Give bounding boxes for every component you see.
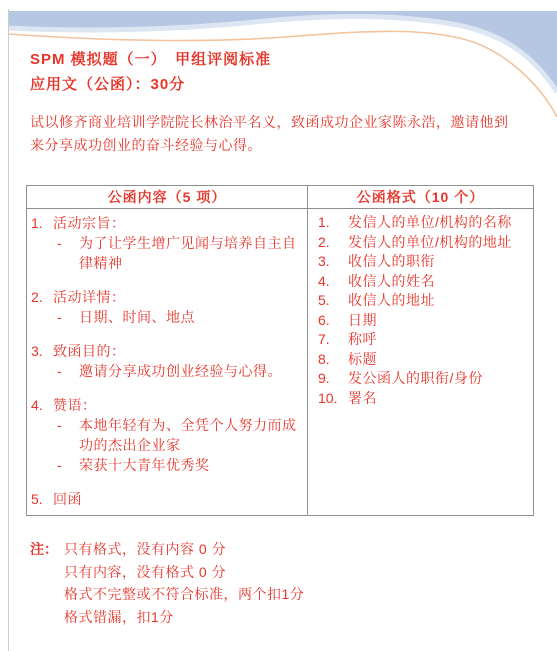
- row-number: 3.: [318, 252, 348, 272]
- row-text: 致函目的：: [53, 341, 305, 361]
- notes-lines: 只有格式，没有内容 0 分 只有内容，没有格式 0 分 格式不完整或不符合标准，…: [64, 538, 304, 628]
- row-text: 活动宗旨：: [53, 213, 305, 233]
- table-row: - 本地年轻有为、全凭个人努力而成功的杰出企业家: [57, 415, 305, 455]
- row-text: 本地年轻有为、全凭个人努力而成功的杰出企业家: [79, 415, 305, 455]
- row-text: 荣获十大青年优秀奖: [79, 455, 305, 475]
- table-row: - 荣获十大青年优秀奖: [57, 455, 305, 475]
- notes-label: 注：: [30, 538, 64, 628]
- table-row: 4. 赞语：: [31, 395, 305, 415]
- content-column: 公函内容（5 项） 1. 活动宗旨： - 为了让学生增广见闻与培养自主自律精神 …: [27, 186, 307, 515]
- task-description: 试以修齐商业培训学院院长林治平名义，致函成功企业家陈永浩，邀请他到来分享成功创业…: [30, 111, 512, 157]
- rubric-table: 公函内容（5 项） 1. 活动宗旨： - 为了让学生增广见闻与培养自主自律精神 …: [26, 185, 534, 516]
- note-line: 只有内容，没有格式 0 分: [64, 561, 304, 584]
- table-row: 6. 日期: [312, 311, 531, 331]
- row-number: 4.: [318, 272, 348, 292]
- row-number: 4.: [31, 395, 53, 415]
- row-text: 日期、时间、地点: [79, 307, 305, 327]
- table-row: 2. 发信人的单位/机构的地址: [312, 233, 531, 253]
- row-spacer: [31, 273, 305, 287]
- table-row: 9. 发公函人的职衔/身份: [312, 369, 531, 389]
- row-text: 署名: [348, 389, 531, 409]
- row-number: 7.: [318, 330, 348, 350]
- row-text: 日期: [348, 311, 531, 331]
- row-number: 1.: [318, 213, 348, 233]
- table-row: - 日期、时间、地点: [57, 307, 305, 327]
- title-block: SPM 模拟题（一） 甲组评阅标准 应用文（公函）：30分: [30, 47, 271, 97]
- table-row: 1. 活动宗旨：: [31, 213, 305, 233]
- document-page: SPM 模拟题（一） 甲组评阅标准 应用文（公函）：30分 试以修齐商业培训学院…: [0, 0, 557, 651]
- row-number: 6.: [318, 311, 348, 331]
- grading-notes: 注： 只有格式，没有内容 0 分 只有内容，没有格式 0 分 格式不完整或不符合…: [30, 538, 304, 628]
- bullet-dash: -: [57, 455, 79, 475]
- row-text: 收信人的职衔: [348, 252, 531, 272]
- table-row: 3. 致函目的：: [31, 341, 305, 361]
- page-title: SPM 模拟题（一） 甲组评阅标准: [30, 47, 271, 72]
- page-left-border: [8, 9, 9, 651]
- row-number: 3.: [31, 341, 53, 361]
- row-spacer: [31, 475, 305, 489]
- row-text: 回函: [53, 489, 305, 509]
- table-row: 8. 标题: [312, 350, 531, 370]
- bullet-dash: -: [57, 233, 79, 273]
- row-text: 活动详情：: [53, 287, 305, 307]
- table-row: - 邀请分享成功创业经验与心得。: [57, 361, 305, 381]
- note-line: 格式不完整或不符合标准，两个扣1分: [64, 583, 304, 606]
- table-row: 1. 发信人的单位/机构的名称: [312, 213, 531, 233]
- row-spacer: [31, 327, 305, 341]
- table-row: 10. 署名: [312, 389, 531, 409]
- row-number: 5.: [318, 291, 348, 311]
- row-number: 2.: [318, 233, 348, 253]
- row-number: 1.: [31, 213, 53, 233]
- row-spacer: [31, 381, 305, 395]
- content-column-header: 公函内容（5 项）: [27, 186, 307, 209]
- note-line: 格式错漏，扣1分: [64, 606, 304, 629]
- table-row: 5. 回函: [31, 489, 305, 509]
- row-text: 标题: [348, 350, 531, 370]
- row-text: 称呼: [348, 330, 531, 350]
- note-line: 只有格式，没有内容 0 分: [64, 538, 304, 561]
- table-row: 5. 收信人的地址: [312, 291, 531, 311]
- row-text: 发信人的单位/机构的地址: [348, 233, 531, 253]
- table-row: 3. 收信人的职衔: [312, 252, 531, 272]
- row-number: 10.: [318, 389, 348, 409]
- table-row: - 为了让学生增广见闻与培养自主自律精神: [57, 233, 305, 273]
- row-text: 发公函人的职衔/身份: [348, 369, 531, 389]
- format-column: 公函格式（10 个） 1. 发信人的单位/机构的名称 2. 发信人的单位/机构的…: [307, 186, 533, 515]
- page-subtitle: 应用文（公函）：30分: [30, 72, 271, 97]
- table-row: 2. 活动详情：: [31, 287, 305, 307]
- row-number: 8.: [318, 350, 348, 370]
- row-text: 收信人的姓名: [348, 272, 531, 292]
- bullet-dash: -: [57, 361, 79, 381]
- row-text: 邀请分享成功创业经验与心得。: [79, 361, 305, 381]
- table-row: 4. 收信人的姓名: [312, 272, 531, 292]
- row-number: 9.: [318, 369, 348, 389]
- row-text: 发信人的单位/机构的名称: [348, 213, 531, 233]
- table-row: 7. 称呼: [312, 330, 531, 350]
- row-number: 5.: [31, 489, 53, 509]
- row-text: 收信人的地址: [348, 291, 531, 311]
- row-text: 为了让学生增广见闻与培养自主自律精神: [79, 233, 305, 273]
- row-number: 2.: [31, 287, 53, 307]
- format-column-body: 1. 发信人的单位/机构的名称 2. 发信人的单位/机构的地址 3. 收信人的职…: [308, 209, 533, 515]
- bullet-dash: -: [57, 307, 79, 327]
- format-column-header: 公函格式（10 个）: [308, 186, 533, 209]
- bullet-dash: -: [57, 415, 79, 455]
- content-column-body: 1. 活动宗旨： - 为了让学生增广见闻与培养自主自律精神 2. 活动详情： -…: [27, 209, 307, 515]
- row-text: 赞语：: [53, 395, 305, 415]
